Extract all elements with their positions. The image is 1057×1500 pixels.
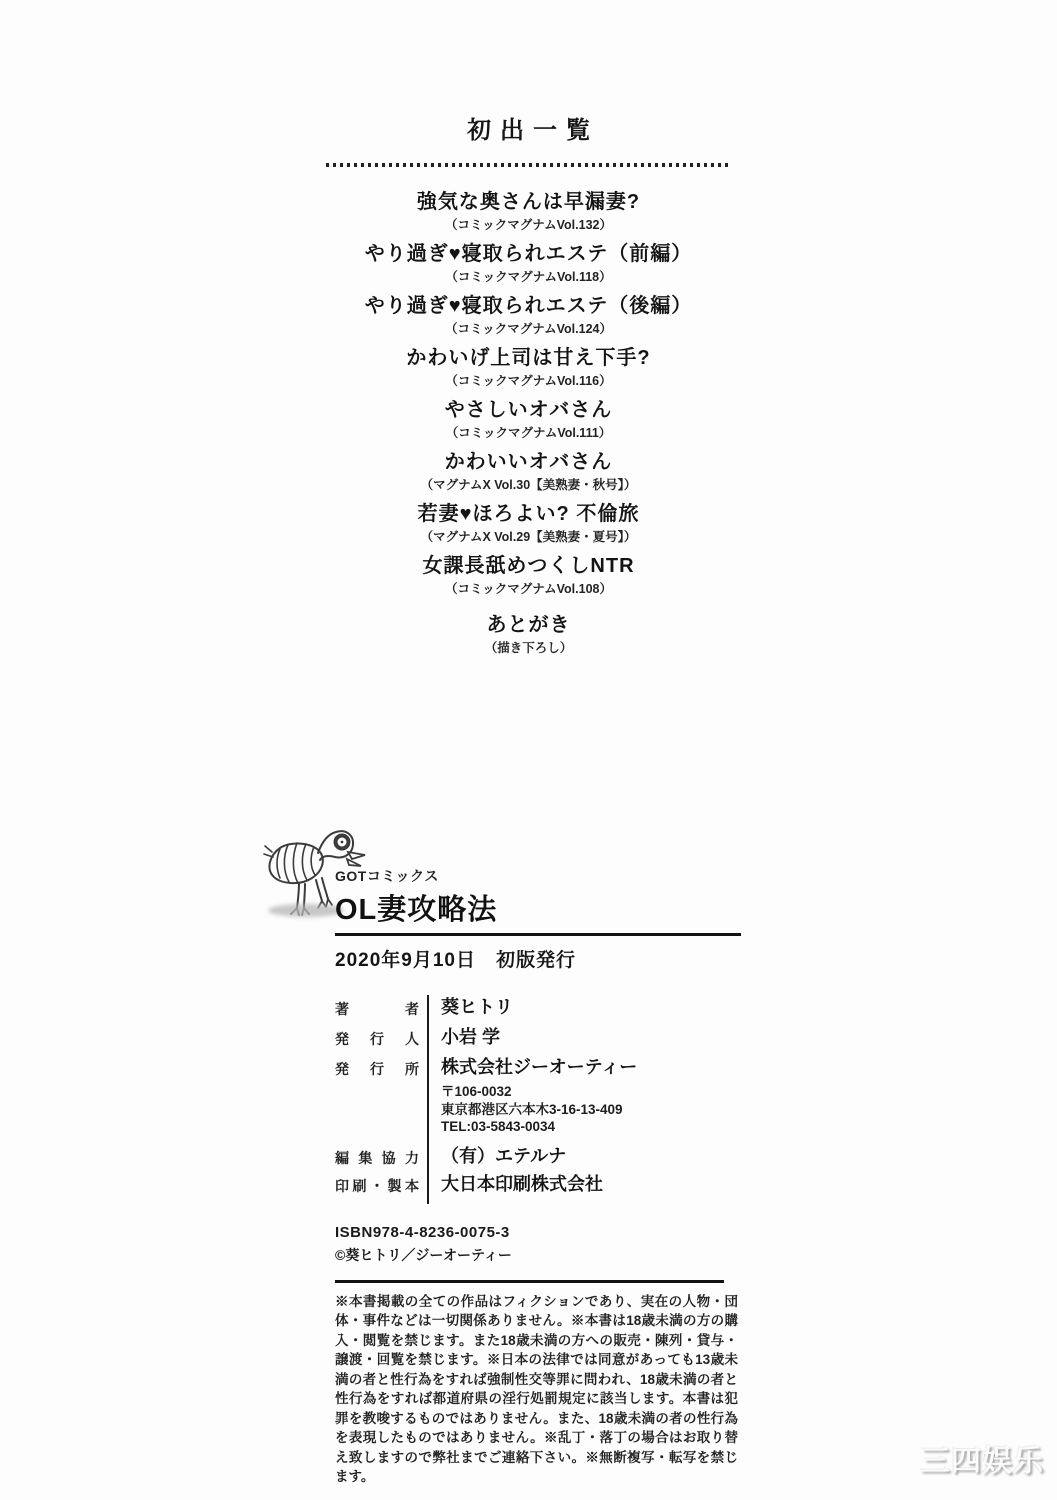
publication-info-table: 著者 葵ヒトリ 発行人 小岩 学 発行所 株式会社ジーオーティー 〒106-00… — [335, 995, 741, 1204]
work-title: やり過ぎ♥寝取られエステ（前編） — [365, 241, 692, 267]
row-value: （有）エテルナ — [427, 1144, 741, 1172]
row-label: 発行所 — [335, 1055, 419, 1144]
disclaimer-rule — [335, 1280, 724, 1283]
work-source: （コミックマグナムVol.118） — [365, 269, 692, 285]
legal-disclaimer: ※本書掲載の全ての作品はフィクションであり、実在の人物・団体・事件などは一切関係… — [335, 1292, 738, 1487]
street-address: 東京都港区六本木3-16-13-409 — [441, 1101, 741, 1119]
phone-number: TEL:03-5843-0034 — [441, 1118, 741, 1136]
dotted-divider — [326, 163, 731, 167]
list-item: 強気な奥さんは早漏妻? （コミックマグナムVol.132） — [417, 189, 640, 233]
colophon: GOTコミックス OL妻攻略法 2020年9月10日 初版発行 著者 葵ヒトリ … — [335, 866, 741, 1487]
row-value: 大日本印刷株式会社 — [427, 1172, 741, 1204]
work-source: （コミックマグナムVol.124） — [365, 321, 692, 337]
work-source: （マグナムX Vol.30【美熟妻・秋号】） — [421, 477, 637, 493]
table-row-editing: 編集協力 （有）エテルナ — [335, 1144, 741, 1172]
work-title: かわいげ上司は甘え下手? — [406, 345, 650, 371]
table-row-publisher-company: 発行所 株式会社ジーオーティー 〒106-0032 東京都港区六本木3-16-1… — [335, 1055, 741, 1144]
work-source: （コミックマグナムVol.132） — [417, 217, 640, 233]
work-source: （コミックマグナムVol.111） — [445, 425, 613, 441]
list-item: かわいいオバさん （マグナムX Vol.30【美熟妻・秋号】） — [421, 449, 637, 493]
work-title: かわいいオバさん — [421, 449, 637, 475]
book-colophon-page: 初出一覧 強気な奥さんは早漏妻? （コミックマグナムVol.132） やり過ぎ♥… — [0, 0, 1057, 1500]
bird-shadow — [268, 904, 344, 917]
table-row-publisher-person: 発行人 小岩 学 — [335, 1025, 741, 1055]
edition-date: 2020年9月10日 初版発行 — [335, 945, 741, 972]
row-label: 印刷・製本 — [335, 1172, 419, 1204]
work-source: （描き下ろし） — [485, 640, 573, 656]
work-title: あとがき — [485, 612, 573, 638]
book-title: OL妻攻略法 — [335, 887, 741, 928]
title-rule — [335, 933, 741, 936]
list-item: かわいげ上司は甘え下手? （コミックマグナムVol.116） — [406, 345, 650, 389]
work-source: （コミックマグナムVol.108） — [422, 581, 634, 597]
postal-code: 〒106-0032 — [441, 1083, 741, 1101]
publisher-name: 株式会社ジーオーティー — [441, 1055, 741, 1079]
work-source: （コミックマグナムVol.116） — [406, 373, 650, 389]
list-item: あとがき （描き下ろし） — [485, 612, 573, 656]
list-item: やさしいオバさん （コミックマグナムVol.111） — [445, 397, 613, 441]
list-item: 若妻♥ほろよい? 不倫旅 （マグナムX Vol.29【美熟妻・夏号】） — [418, 501, 640, 545]
row-label: 編集協力 — [335, 1144, 419, 1172]
imprint-label: GOTコミックス — [335, 866, 741, 886]
work-source: （マグナムX Vol.29【美熟妻・夏号】） — [418, 529, 640, 545]
row-value: 葵ヒトリ — [427, 995, 741, 1025]
row-label: 発行人 — [335, 1025, 419, 1055]
table-row-printing: 印刷・製本 大日本印刷株式会社 — [335, 1172, 741, 1204]
work-title: 女課長舐めつくしNTR — [422, 553, 634, 579]
row-label: 著者 — [335, 995, 419, 1025]
work-title: やり過ぎ♥寝取られエステ（後編） — [365, 293, 692, 319]
table-row-author: 著者 葵ヒトリ — [335, 995, 741, 1025]
work-title: 強気な奥さんは早漏妻? — [417, 189, 640, 215]
site-watermark: 三四娱乐 — [920, 1436, 1044, 1480]
work-title: 若妻♥ほろよい? 不倫旅 — [418, 501, 640, 527]
section-title: 初出一覧 — [458, 110, 599, 145]
work-title: やさしいオバさん — [445, 397, 613, 423]
list-item: 女課長舐めつくしNTR （コミックマグナムVol.108） — [422, 553, 634, 597]
row-value: 小岩 学 — [427, 1025, 741, 1055]
isbn: ISBN978-4-8236-0075-3 — [335, 1224, 741, 1241]
first-publication-list: 初出一覧 強気な奥さんは早漏妻? （コミックマグナムVol.132） やり過ぎ♥… — [0, 110, 1057, 664]
list-item: やり過ぎ♥寝取られエステ（後編） （コミックマグナムVol.124） — [365, 293, 692, 337]
row-value: 株式会社ジーオーティー 〒106-0032 東京都港区六本木3-16-13-40… — [427, 1055, 741, 1144]
list-item: やり過ぎ♥寝取られエステ（前編） （コミックマグナムVol.118） — [365, 241, 692, 285]
copyright-line: ©葵ヒトリ／ジーオーティー — [335, 1245, 741, 1265]
